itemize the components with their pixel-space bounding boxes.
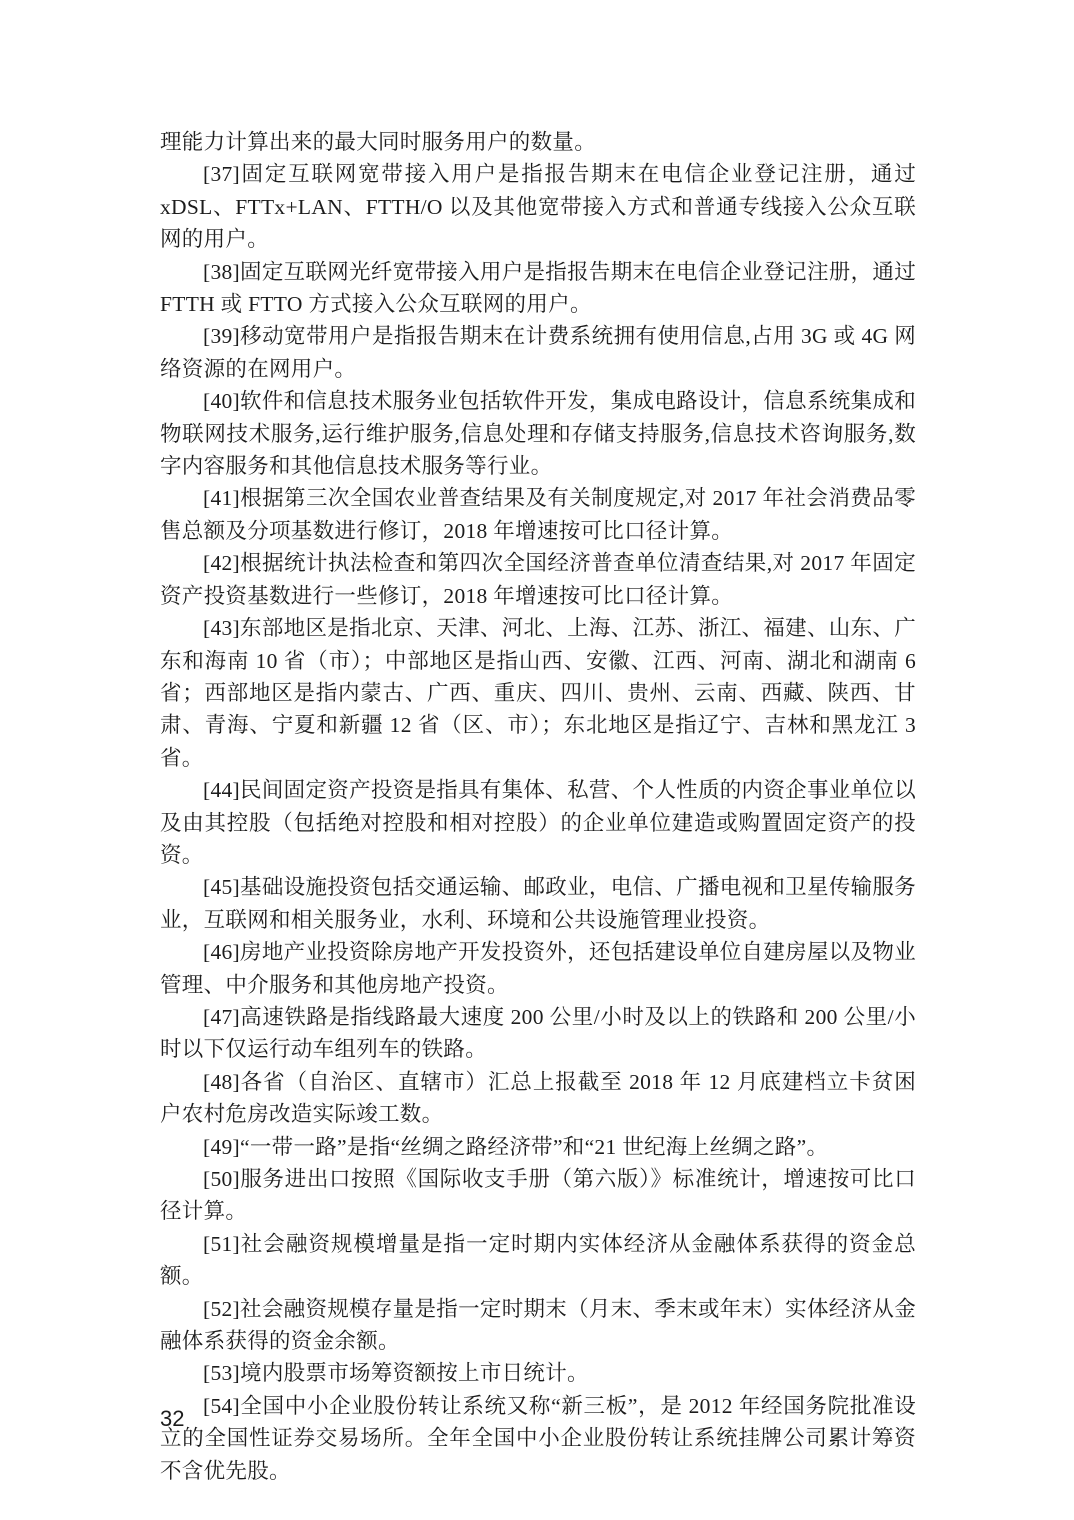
document-page: 理能力计算出来的最大同时服务用户的数量。[37]固定互联网宽带接入用户是指报告期… (0, 0, 1074, 1520)
paragraph: [51]社会融资规模增量是指一定时期内实体经济从金融体系获得的资金总额。 (160, 1228, 916, 1293)
paragraph: [37]固定互联网宽带接入用户是指报告期末在电信企业登记注册，通过 xDSL、F… (160, 158, 916, 255)
paragraph: [48]各省（自治区、直辖市）汇总上报截至 2018 年 12 月底建档立卡贫困… (160, 1066, 916, 1131)
paragraph: [46]房地产业投资除房地产开发投资外，还包括建设单位自建房屋以及物业管理、中介… (160, 936, 916, 1001)
paragraph: [47]高速铁路是指线路最大速度 200 公里/小时及以上的铁路和 200 公里… (160, 1001, 916, 1066)
paragraph: [44]民间固定资产投资是指具有集体、私营、个人性质的内资企事业单位以及由其控股… (160, 774, 916, 871)
paragraph: [52]社会融资规模存量是指一定时期末（月末、季末或年末）实体经济从金融体系获得… (160, 1293, 916, 1358)
paragraph: [38]固定互联网光纤宽带接入用户是指报告期末在电信企业登记注册，通过 FTTH… (160, 256, 916, 321)
paragraph: [49]“一带一路”是指“丝绸之路经济带”和“21 世纪海上丝绸之路”。 (160, 1131, 916, 1163)
paragraph: [54]全国中小企业股份转让系统又称“新三板”，是 2012 年经国务院批准设立… (160, 1390, 916, 1487)
paragraph: [42]根据统计执法检查和第四次全国经济普查单位清查结果,对 2017 年固定资… (160, 547, 916, 612)
text-block: 理能力计算出来的最大同时服务用户的数量。[37]固定互联网宽带接入用户是指报告期… (160, 126, 916, 1487)
paragraph: 理能力计算出来的最大同时服务用户的数量。 (160, 126, 916, 158)
paragraph: [45]基础设施投资包括交通运输、邮政业，电信、广播电视和卫星传输服务业，互联网… (160, 871, 916, 936)
page-number: 32 (160, 1406, 184, 1432)
paragraph: [43]东部地区是指北京、天津、河北、上海、江苏、浙江、福建、山东、广东和海南 … (160, 612, 916, 774)
paragraph: [41]根据第三次全国农业普查结果及有关制度规定,对 2017 年社会消费品零售… (160, 482, 916, 547)
paragraph: [40]软件和信息技术服务业包括软件开发，集成电路设计，信息系统集成和物联网技术… (160, 385, 916, 482)
paragraph: [39]移动宽带用户是指报告期末在计费系统拥有使用信息,占用 3G 或 4G 网… (160, 320, 916, 385)
paragraph: [50]服务进出口按照《国际收支手册（第六版）》标准统计，增速按可比口径计算。 (160, 1163, 916, 1228)
paragraph: [53]境内股票市场筹资额按上市日统计。 (160, 1357, 916, 1389)
